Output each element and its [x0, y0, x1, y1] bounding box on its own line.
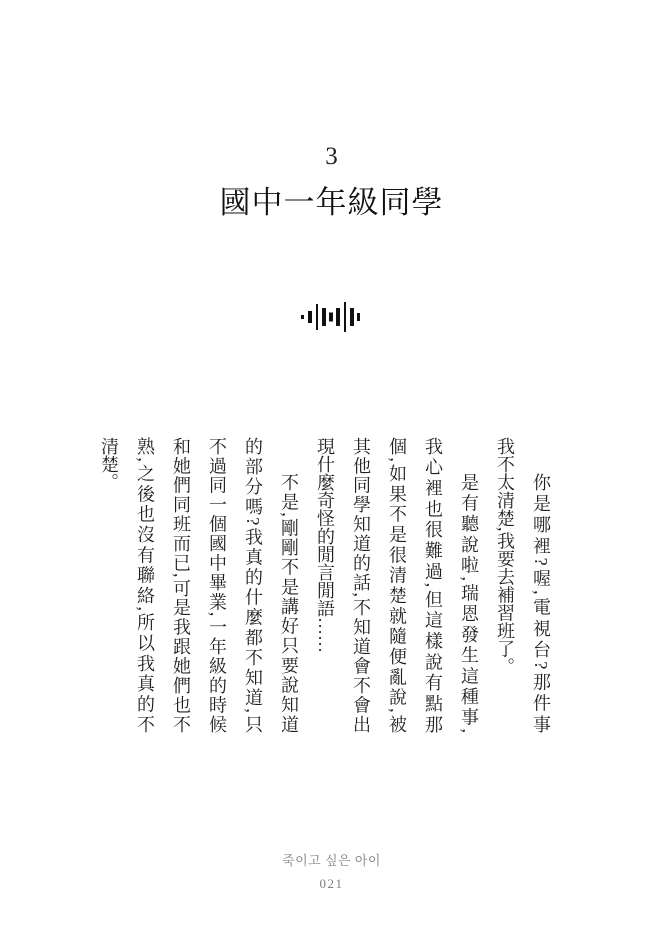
page-number: 021: [0, 876, 663, 892]
book-page: 3 國中一年級同學 你是哪裡?喔,電視台?那件事我不太清楚,我要去補習班了。是有…: [0, 0, 663, 932]
vertical-text-block: 你是哪裡?喔,電視台?那件事我不太清楚,我要去補習班了。是有聽說啦,瑞恩發生這種…: [99, 437, 550, 733]
text-column: 我不太清楚,我要去補習班了。: [495, 437, 514, 733]
text-column: 的部分嗎?我真的什麼都不知道,只: [243, 437, 262, 733]
book-title: 죽이고 싶은 아이: [0, 850, 663, 869]
page-footer: 죽이고 싶은 아이 021: [0, 850, 663, 892]
text-column: 熟,之後也沒有聯絡,所以我真的不: [135, 437, 154, 733]
text-column: 現什麼奇怪的閒言閒語……: [315, 437, 334, 733]
text-column: 其他同學知道的話,不知道會不會出: [351, 437, 370, 733]
chapter-number: 3: [0, 143, 663, 171]
waveform-icon: [0, 300, 663, 334]
text-column: 個,如果不是很清楚就隨便亂說,被: [387, 437, 406, 733]
text-column: 不過同一個國中畢業,一年級的時候: [207, 437, 226, 733]
chapter-title: 國中一年級同學: [0, 177, 663, 222]
text-column: 清楚。: [99, 437, 118, 733]
text-column: 是有聽說啦,瑞恩發生這種事,: [459, 437, 478, 733]
text-column: 我心裡也很難過,但這樣說有點那: [423, 437, 442, 733]
text-column: 你是哪裡?喔,電視台?那件事: [531, 437, 550, 733]
text-column: 和她們同班而已,可是我跟她們也不: [171, 437, 190, 733]
text-column: 不是,剛剛不是講好只要說知道: [279, 437, 298, 733]
